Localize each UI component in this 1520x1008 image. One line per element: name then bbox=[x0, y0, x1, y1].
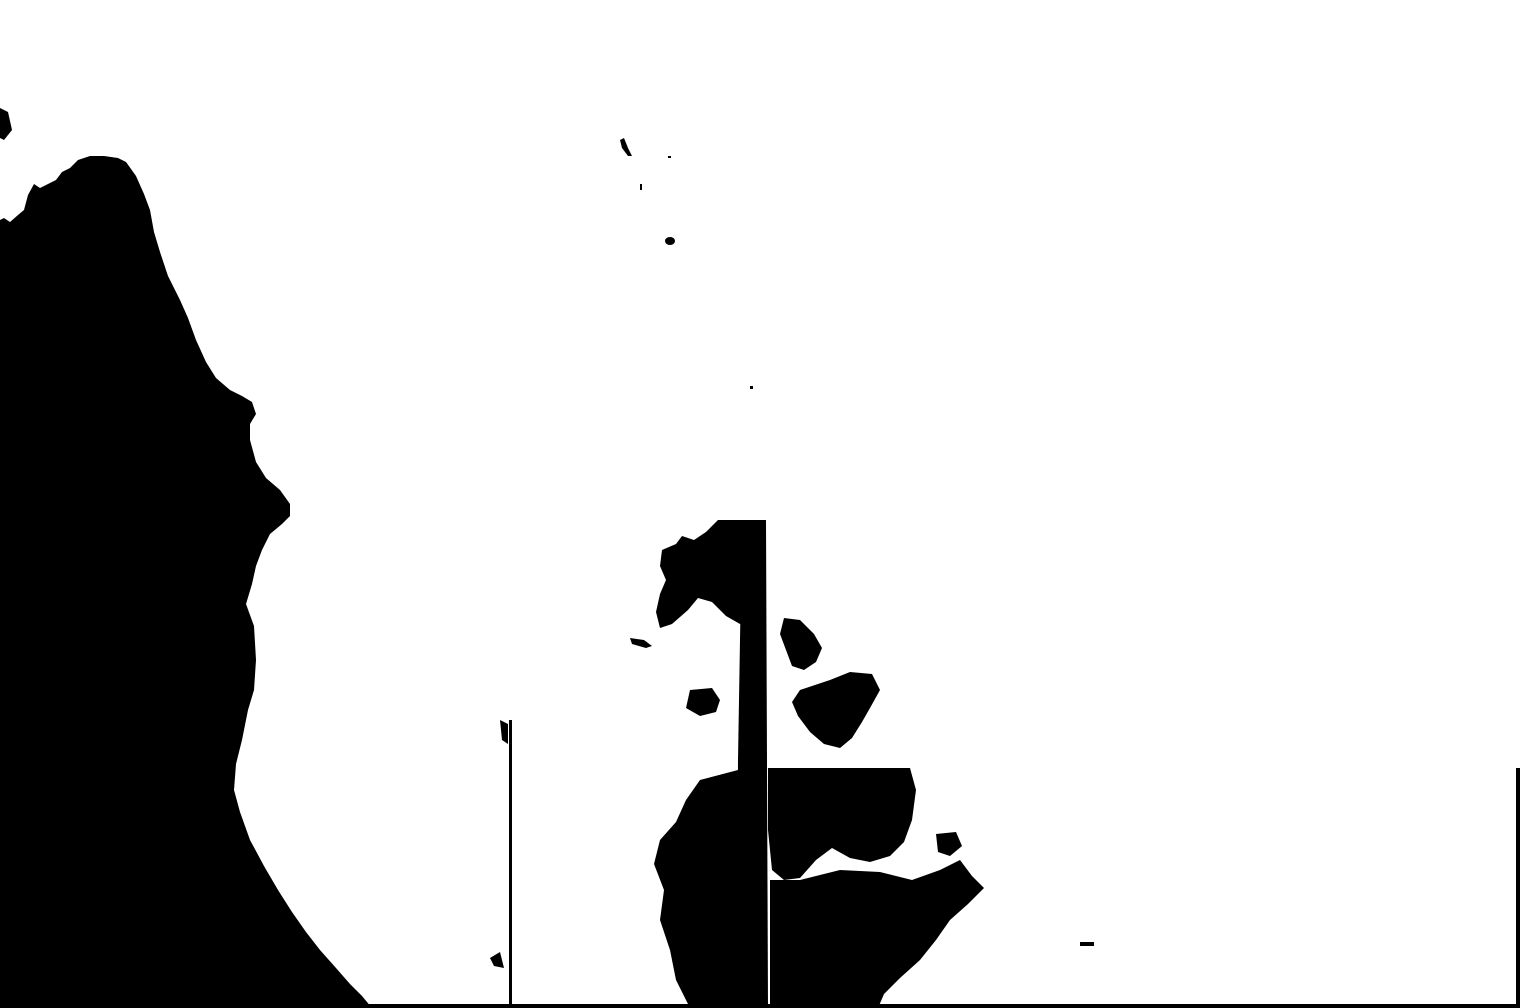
binarized-photo bbox=[0, 0, 1520, 1008]
ground-line bbox=[0, 1004, 1520, 1008]
